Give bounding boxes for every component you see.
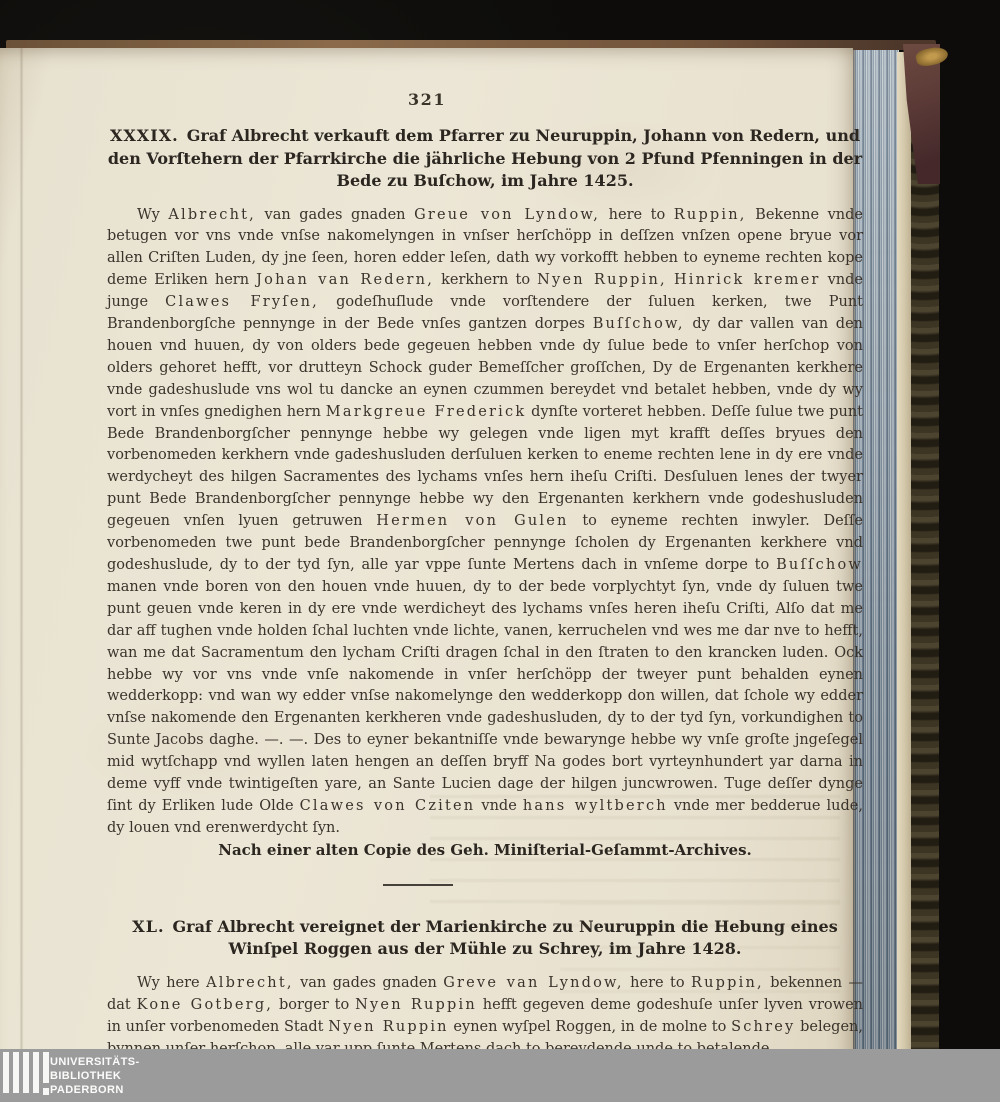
- section-xxxix-body: Wy Albrecht, van gades gnaden Greue von …: [107, 205, 863, 840]
- printed-page-content: 321 XXXIX.Graf Albrecht verkauft dem Pfa…: [107, 90, 863, 1085]
- book-scan: 321 XXXIX.Graf Albrecht verkauft dem Pfa…: [0, 0, 1000, 1102]
- page-gutter-fold: [20, 48, 23, 1102]
- section-xl-body: Wy here Albrecht, van gades gnaden Greve…: [107, 973, 863, 1061]
- library-name: UNIVERSITÄTS- BIBLIOTHEK PADERBORN: [50, 1055, 140, 1097]
- source-note: Nach einer alten Copie des Geh. Miniſter…: [107, 841, 863, 859]
- library-name-line: PADERBORN: [50, 1083, 140, 1097]
- page-number: 321: [107, 90, 747, 109]
- section-xxxix-title: Graf Albrecht verkauft dem Pfarrer zu Ne…: [108, 126, 862, 190]
- section-divider-rule: [383, 884, 453, 886]
- section-xl-title: Graf Albrecht vereignet der Marienkirche…: [173, 917, 838, 959]
- marbled-cover-edge: [911, 55, 939, 1102]
- section-xxxix-number: XXXIX.: [110, 126, 179, 145]
- library-watermark-bar: UNIVERSITÄTS- BIBLIOTHEK PADERBORN: [0, 1049, 1000, 1102]
- flyleaf-edge: [897, 52, 911, 1102]
- section-xl-number: XL.: [132, 917, 164, 936]
- library-name-line: BIBLIOTHEK: [50, 1069, 140, 1083]
- section-xxxix-heading: XXXIX.Graf Albrecht verkauft dem Pfarrer…: [107, 125, 863, 193]
- library-name-line: UNIVERSITÄTS-: [50, 1055, 140, 1069]
- section-xl-heading: XL.Graf Albrecht vereignet der Marienkir…: [107, 916, 863, 961]
